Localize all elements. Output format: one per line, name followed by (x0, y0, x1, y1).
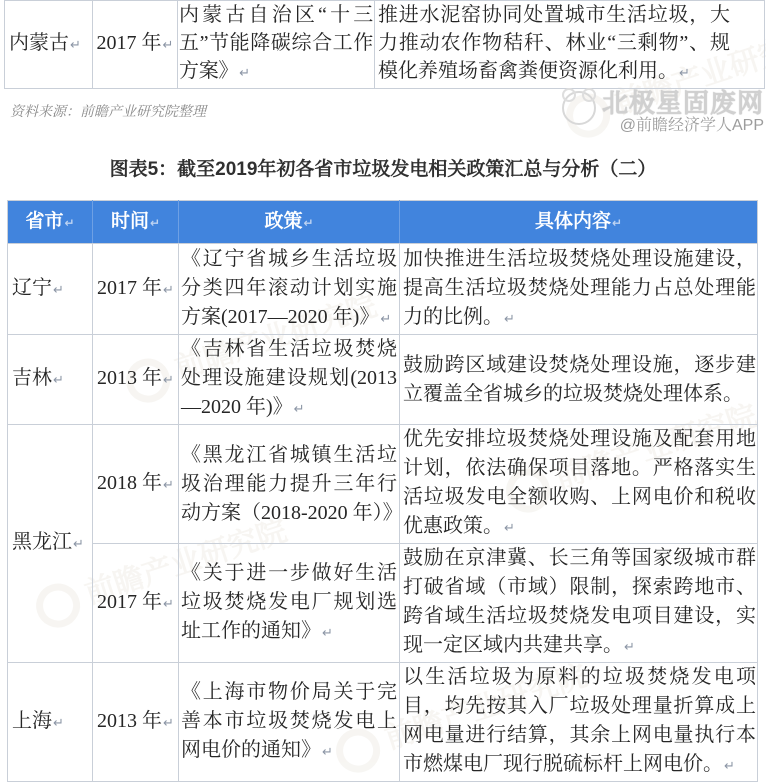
table-row: 2017 年↵ 《关于进一步做好生活垃圾焚烧发电厂规划选址工作的通知》↵ 鼓励在… (8, 544, 758, 663)
site-name: 北极星固废网 (602, 89, 764, 117)
header-province: 省市↵ (8, 201, 93, 244)
cell-content: 以生活垃圾为原料的垃圾焚烧发电项目，均先按其入厂垃圾处理量折算成上网电量进行结算… (400, 663, 758, 782)
cell-content: 优先安排垃圾焚烧处理设施及配套用地计划，依法确保项目落地。严格落实生活垃圾发电全… (400, 425, 758, 544)
return-mark: ↵ (724, 759, 735, 774)
table-row: 黑龙江↵ 2018 年↵ 《黑龙江省城镇生活垃圾治理能力提升三年行动方案（201… (8, 425, 758, 544)
header-time: 时间↵ (93, 201, 179, 244)
cell-time: 2018 年↵ (93, 425, 179, 544)
return-mark: ↵ (163, 716, 174, 731)
table-row: 内蒙古↵ 2017 年↵ 内蒙古自治区“十三五”节能降碳综合工作方案》↵ 推进水… (5, 1, 765, 89)
cell-time: 2013 年↵ (93, 663, 179, 782)
figure5-policy-table: 省市↵ 时间↵ 政策↵ 具体内容↵ 辽宁↵ 2017 年↵ 《辽宁省城乡生活垃圾… (7, 200, 758, 782)
return-mark: ↵ (504, 521, 515, 536)
cell-policy: 《黑龙江省城镇生活垃圾治理能力提升三年行动方案（2018-2020 年）》 (179, 425, 400, 544)
return-mark: ↵ (163, 283, 174, 298)
cell-policy: 《上海市物价局关于完善本市垃圾焚烧发电上网电价的通知》↵ (179, 663, 400, 782)
table-row: 上海↵ 2013 年↵ 《上海市物价局关于完善本市垃圾焚烧发电上网电价的通知》↵… (8, 663, 758, 782)
return-mark: ↵ (624, 640, 635, 655)
return-mark: ↵ (53, 283, 64, 298)
return-mark: ↵ (163, 597, 174, 612)
site-logo: 北极星固废网 @前瞻经济学人APP (562, 89, 764, 135)
return-mark: ↵ (612, 216, 622, 230)
cell-content: 鼓励跨区域建设焚烧处理设施，逐步建立覆盖全省城乡的垃圾焚烧处理体系。 (400, 335, 758, 425)
return-mark: ↵ (73, 537, 84, 552)
cell-policy: 《吉林省生活垃圾焚烧处理设施建设规划(2013—2020 年)》↵ (179, 335, 400, 425)
return-mark: ↵ (64, 216, 74, 230)
cell-province: 上海↵ (8, 663, 93, 782)
cell-province: 吉林↵ (8, 335, 93, 425)
cell-time: 2017 年↵ (93, 244, 179, 335)
return-mark: ↵ (322, 626, 333, 641)
cell-policy: 内蒙古自治区“十三五”节能降碳综合工作方案》↵ (178, 1, 375, 89)
cell-province: 内蒙古↵ (5, 1, 93, 89)
return-mark: ↵ (303, 216, 313, 230)
return-mark: ↵ (322, 745, 333, 760)
return-mark: ↵ (53, 373, 64, 388)
cell-time: 2013 年↵ (93, 335, 179, 425)
header-row: 省市↵ 时间↵ 政策↵ 具体内容↵ (8, 201, 758, 244)
return-mark: ↵ (53, 716, 64, 731)
figure4-table-fragment: 内蒙古↵ 2017 年↵ 内蒙古自治区“十三五”节能降碳综合工作方案》↵ 推进水… (4, 0, 765, 89)
cell-province-merged: 黑龙江↵ (8, 425, 93, 663)
return-mark: ↵ (239, 66, 250, 81)
return-mark: ↵ (679, 66, 690, 81)
cell-content: 加快推进生活垃圾焚烧处理设施建设，提高生活垃圾焚烧处理能力占总处理能力的比例。↵ (400, 244, 758, 335)
return-mark: ↵ (163, 478, 174, 493)
source-note: 资料来源：前瞻产业研究院整理 (10, 101, 206, 121)
cell-content: 鼓励在京津冀、长三角等国家级城市群打破省域（市域）限制，探索跨地市、跨省域生活垃… (400, 544, 758, 663)
return-mark: ↵ (70, 38, 81, 53)
return-mark: ↵ (294, 402, 305, 417)
return-mark: ↵ (163, 38, 174, 53)
cell-time: 2017 年↵ (93, 544, 179, 663)
cell-policy: 《关于进一步做好生活垃圾焚烧发电厂规划选址工作的通知》↵ (179, 544, 400, 663)
return-mark: ↵ (163, 373, 174, 388)
header-content: 具体内容↵ (400, 201, 758, 244)
figure-title: 图表5：截至2019年初各省市垃圾发电相关政策汇总与分析（二） (0, 153, 766, 187)
table-row: 辽宁↵ 2017 年↵ 《辽宁省城乡生活垃圾分类四年滚动计划实施方案(2017—… (8, 244, 758, 335)
header-policy: 政策↵ (179, 201, 400, 244)
return-mark: ↵ (150, 216, 160, 230)
cell-time: 2017 年↵ (93, 1, 178, 89)
panda-logo-icon (562, 91, 596, 125)
meta-row: 资料来源：前瞻产业研究院整理 北极星固废网 @前瞻经济学人APP (0, 89, 766, 153)
return-mark: ↵ (504, 312, 515, 327)
cell-content: 推进水泥窑协同处置城市生活垃圾，大力推动农作物秸秆、林业“三剩物”、规模化养殖场… (375, 1, 765, 89)
table-row: 吉林↵ 2013 年↵ 《吉林省生活垃圾焚烧处理设施建设规划(2013—2020… (8, 335, 758, 425)
cell-province: 辽宁↵ (8, 244, 93, 335)
cell-policy: 《辽宁省城乡生活垃圾分类四年滚动计划实施方案(2017—2020 年)》↵ (179, 244, 400, 335)
return-mark: ↵ (380, 312, 391, 327)
account-handle: @前瞻经济学人APP (602, 117, 764, 135)
